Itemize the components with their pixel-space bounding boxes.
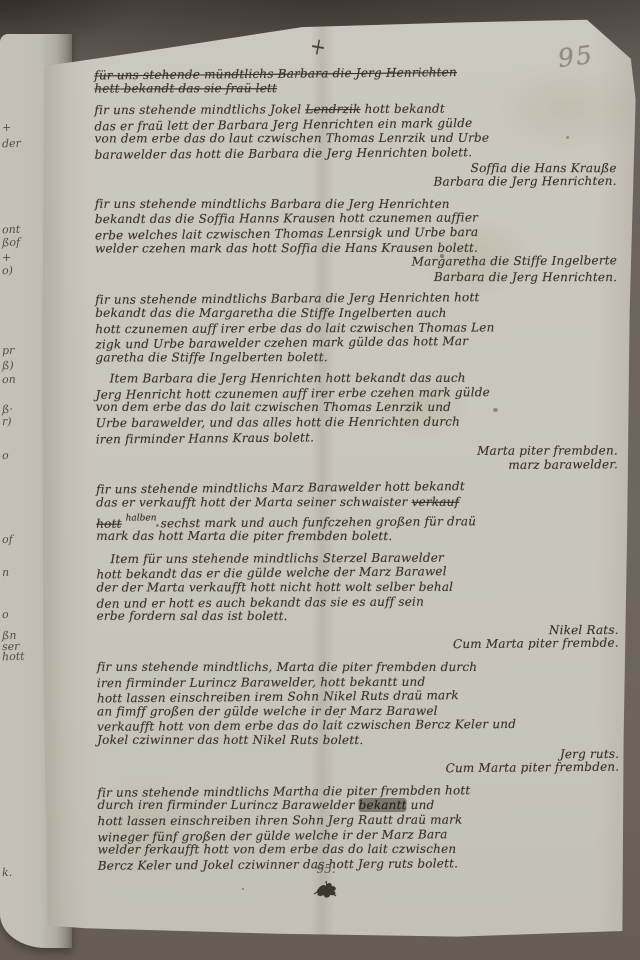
text-segment: Urbe barawelder, und das alles hott die … bbox=[96, 415, 460, 431]
text-segment: Soffia die Hans Krauße bbox=[471, 161, 617, 175]
entry-7: Item für uns stehende mindtlichs Sterzel… bbox=[96, 550, 624, 654]
inserted-text: halben bbox=[126, 513, 157, 523]
folio-number-bottom-wrap: 95. bbox=[276, 862, 376, 900]
facing-page-fragment: k. bbox=[2, 867, 13, 878]
photo-backdrop: +derontßof+o)prß)onß·r)oofnoßnserhottk. … bbox=[0, 0, 640, 960]
paper-speck bbox=[242, 888, 244, 890]
text-segment: Jerg ruts. bbox=[560, 746, 619, 760]
entry-4: fir uns stehende mindtlichs Barbara die … bbox=[95, 290, 623, 365]
text-segment: Item für uns stehende mindtlichs Sterzel… bbox=[110, 550, 444, 565]
text-segment: Jokel cziwinner das hott Nikel Ruts bole… bbox=[97, 733, 363, 747]
text-segment: Item Barbara die Jerg Henrichten hott be… bbox=[110, 371, 466, 386]
text-line: bekandt das die Margaretha die Stiffe In… bbox=[95, 306, 623, 321]
text-segment: iren firminder Lurincz Barawelder, hott … bbox=[97, 674, 425, 689]
entry-6: fir uns stehende mindtlichs Marz Barawel… bbox=[96, 479, 624, 545]
text-segment: marz barawelder. bbox=[508, 457, 618, 472]
paper-speck bbox=[440, 254, 444, 258]
facing-page-fragment: o bbox=[2, 450, 9, 461]
text-segment: fir uns stehende mindtlichs Barbara die … bbox=[95, 290, 479, 307]
manuscript-text: für uns stehende mündtlichs Barbara die … bbox=[94, 65, 626, 880]
text-line: garetha die Stiffe Ingelberten bolett. bbox=[95, 349, 623, 365]
signature-line: marz barawelder. bbox=[96, 457, 624, 475]
text-segment: erbe fordern sal das ist bolett. bbox=[97, 609, 288, 623]
paper-speck bbox=[338, 716, 341, 718]
text-segment: mark das hott Marta die piter frembden b… bbox=[96, 529, 392, 543]
text-line: Jokel cziwinner das hott Nikel Ruts bole… bbox=[97, 733, 625, 748]
text-segment: von dem erbe das do lait czwischen Thoma… bbox=[96, 400, 451, 414]
facing-page-fragment: of bbox=[2, 534, 13, 545]
text-line: hott halben sechst mark und auch funfcze… bbox=[96, 508, 624, 531]
text-line: von dem erbe das do lait czwischen Thoma… bbox=[96, 400, 624, 415]
entry-5: Item Barbara die Jerg Henrichten hott be… bbox=[96, 370, 624, 474]
facing-page-fragment: ont bbox=[2, 224, 21, 236]
entry-1: für uns stehende mündtlichs Barbara die … bbox=[94, 65, 622, 96]
text-line: fir uns stehende mindtlichs Barbara die … bbox=[95, 197, 623, 212]
facing-page-fragment: ßof bbox=[2, 237, 20, 249]
text-line: hett bekandt das sie fraü lett bbox=[94, 80, 622, 96]
facing-page-fragment: r) bbox=[2, 416, 12, 427]
text-segment: garetha die Stiffe Ingelberten bolett. bbox=[95, 350, 327, 364]
paper-speck bbox=[493, 408, 498, 412]
text-segment: erbe welches lait czwischen Thomas Lenrs… bbox=[95, 225, 478, 243]
signature-line: Soffia die Hans Krauße bbox=[95, 160, 623, 175]
text-line: durch iren firminder Lurincz Barawelder … bbox=[97, 798, 625, 813]
text-segment: welder ferkaufft hott von dem erbe das d… bbox=[98, 842, 457, 857]
text-line: barawelder das hott die Barbara die Jerg… bbox=[95, 144, 623, 162]
entry-8: fir uns stehende mindtlichs, Marta die p… bbox=[97, 659, 626, 778]
facing-page-fragment: on bbox=[2, 374, 16, 385]
facing-page-fragment: pr bbox=[2, 345, 15, 356]
facing-page-fragment: o bbox=[2, 609, 9, 620]
text-segment: bekantt bbox=[359, 798, 407, 812]
manuscript-photo: { "photo": { "backdrop_color": "#675f5a"… bbox=[0, 0, 640, 960]
signature-line: Margaretha die Stiffe Ingelberte bbox=[95, 253, 623, 271]
text-segment: Cum Marta piter frembden. bbox=[445, 760, 619, 776]
facing-page-fragment: ß· bbox=[2, 404, 13, 415]
text-segment: von dem erbe das do laut czwischen Thoma… bbox=[95, 131, 490, 146]
text-segment: und bbox=[407, 798, 435, 812]
entry-3: fir uns stehende mindtlichs Barbara die … bbox=[95, 196, 623, 286]
signature-line: Barbara die Jerg Henrichten. bbox=[95, 174, 623, 191]
text-segment: der der Marta verkaufft hott nicht hott … bbox=[96, 580, 453, 595]
text-segment: welder czehen mark das hott Soffia die H… bbox=[95, 240, 478, 255]
paper-speck bbox=[156, 524, 159, 527]
struck-text: für uns stehende mündtlichs Barbara die … bbox=[94, 65, 457, 82]
text-segment: Marta piter frembden. bbox=[477, 444, 618, 458]
facing-page-fragment: der bbox=[2, 138, 21, 150]
struck-text: hett bekandt das sie fraü lett bbox=[94, 81, 277, 95]
facing-page-fragment: ß) bbox=[2, 360, 14, 371]
text-segment: Barbara die Jerg Henrichten. bbox=[434, 270, 617, 284]
struck-text: Lendrzik bbox=[305, 102, 360, 116]
facing-page-fragment: n bbox=[2, 567, 9, 578]
text-segment: fir uns stehende mindtlichs Barbara die … bbox=[95, 197, 450, 211]
signature-line: Barbara die Jerg Henrichten. bbox=[95, 270, 623, 285]
manuscript-page: + 95 für uns stehende mündtlichs Barbara… bbox=[38, 16, 638, 944]
folio-number-bottom: 95. bbox=[316, 862, 335, 876]
text-segment: Cum Marta piter frembde. bbox=[453, 636, 619, 652]
signature-line: Cum Marta piter frembde. bbox=[97, 636, 625, 655]
text-segment: hott czunemen auff irer erbe das do lait… bbox=[95, 320, 494, 336]
text-segment: fir uns stehende mindtlichs, Marta die p… bbox=[97, 660, 477, 674]
struck-text: verkauf bbox=[412, 495, 460, 509]
text-segment: barawelder das hott die Barbara die Jerg… bbox=[95, 145, 473, 162]
facing-page-fragment: + bbox=[2, 252, 12, 263]
text-segment: Barbara die Jerg Henrichten. bbox=[433, 174, 616, 189]
facing-page-fragment: hott bbox=[2, 651, 25, 663]
text-segment: verkaufft hott von dem erbe das do lait … bbox=[97, 717, 516, 734]
text-line: erbe fordern sal das ist bolett. bbox=[97, 609, 625, 624]
facing-page-fragment: + bbox=[2, 122, 12, 133]
text-line: mark das hott Marta die piter frembden b… bbox=[96, 529, 624, 544]
text-segment: bekandt das die Soffia Hanns Krausen hot… bbox=[95, 211, 478, 227]
paper-speck bbox=[566, 136, 569, 139]
entry-9: fir uns stehende mindtlichs Martha die p… bbox=[97, 783, 625, 873]
text-segment: sechst mark und auch funfczehen großen f… bbox=[157, 514, 477, 530]
text-segment: das er verkaufft hott der Marta seiner s… bbox=[96, 495, 411, 510]
text-segment: an fimff großen der gülde welche ir der … bbox=[97, 704, 438, 719]
entry-2: fir uns stehende mindtlichs Jokel Lendrz… bbox=[94, 101, 622, 191]
cross-mark: + bbox=[308, 32, 328, 62]
text-line: fir uns stehende mindtlichs, Marta die p… bbox=[97, 660, 625, 675]
facing-page-fragment: o) bbox=[2, 265, 13, 276]
text-segment: fir uns stehende mindtlichs Jokel bbox=[94, 102, 305, 117]
text-segment: bekandt das die Margaretha die Stiffe In… bbox=[95, 306, 446, 320]
text-segment: hott lassen einschreiben ihren Sohn Jerg… bbox=[97, 812, 462, 828]
ink-blot bbox=[311, 878, 341, 900]
text-segment: durch iren firminder Lurincz Barawelder bbox=[97, 798, 358, 812]
text-segment: hott bekandt bbox=[361, 102, 445, 116]
